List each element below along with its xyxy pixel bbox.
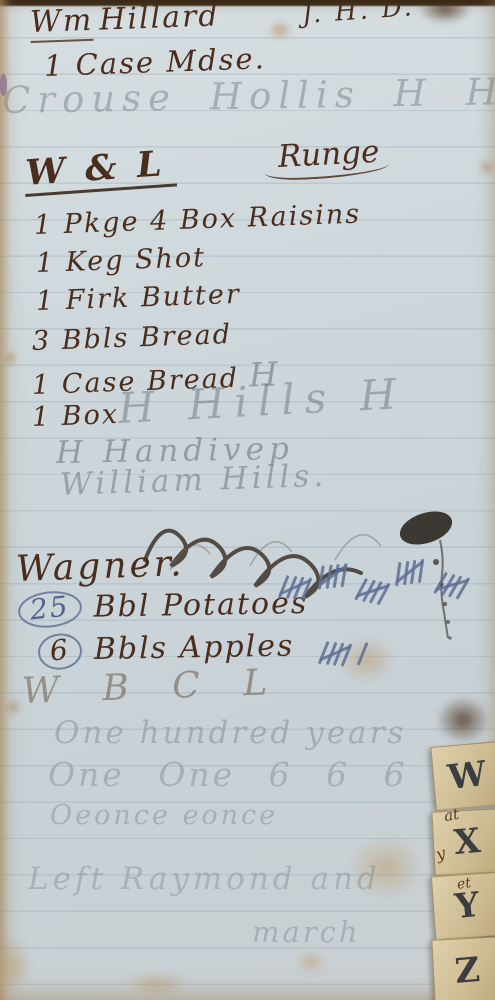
- stain: [436, 696, 490, 744]
- list-item: 1 Firk Butter: [36, 281, 242, 315]
- entry-item-text: Bbls Apples: [93, 629, 294, 667]
- faint-pencil-line: One One 6 6 6: [48, 758, 408, 791]
- tally-group: [395, 558, 428, 588]
- pencil-signature-william-hills: William Hills.: [59, 461, 327, 501]
- tab-letter: Z: [453, 950, 481, 992]
- faint-pencil-line: Left Raymond and: [28, 864, 381, 895]
- entry-item-text: Bbl Potatoes: [93, 586, 308, 625]
- tally-group: [321, 641, 354, 670]
- circled-quantity: 25: [16, 588, 83, 630]
- tally-group: [436, 571, 471, 603]
- pencil-ghost-line: Crouse Hollis H H: [2, 73, 495, 119]
- stain: [124, 972, 190, 996]
- list-item: 1 Keg Shot: [36, 244, 207, 277]
- stain: [268, 20, 292, 40]
- index-tab-x[interactable]: X: [431, 808, 495, 875]
- tab-letter: X: [452, 821, 482, 863]
- tab-letter: W: [446, 754, 489, 798]
- index-tab-z[interactable]: Z: [431, 936, 495, 1000]
- circled-quantity: 6: [36, 631, 83, 671]
- stain: [479, 158, 495, 176]
- list-item-box: 1 Box: [32, 401, 120, 431]
- page-top-edge: [0, 0, 495, 7]
- tally-group: [318, 563, 351, 592]
- tally-group: [281, 575, 314, 604]
- edge-mark: [0, 74, 7, 96]
- entry-potatoes: 25Bbl Potatoes: [18, 587, 309, 628]
- tally-group: [360, 642, 370, 669]
- tally-group: [357, 577, 392, 609]
- tally-marks-potatoes: [282, 576, 482, 652]
- customer-name-prefix: Wm: [29, 3, 94, 43]
- customer-name-wagner: Wagner.: [15, 546, 185, 588]
- page-left-edge: [0, 0, 10, 1000]
- faint-pencil-line: One hundred years: [54, 718, 406, 749]
- stain: [296, 950, 326, 974]
- side-note-runge: Runge: [277, 137, 380, 173]
- tally-marks-apples: [322, 642, 442, 686]
- faint-pencil-line: march: [252, 918, 361, 947]
- ink-mark-on-tab: at: [443, 805, 461, 825]
- ledger-photo: WmHillard J. H. D. 1 Case Mdse. Crouse H…: [0, 0, 495, 1000]
- faint-pencil-line: Oeonce eonce: [50, 802, 278, 829]
- ink-mark-on-tab: et: [456, 875, 472, 893]
- pencil-practice-letters: W B C L: [21, 665, 283, 710]
- list-item: 3 Bbls Bread: [32, 321, 233, 355]
- index-tab-w[interactable]: W: [430, 741, 495, 811]
